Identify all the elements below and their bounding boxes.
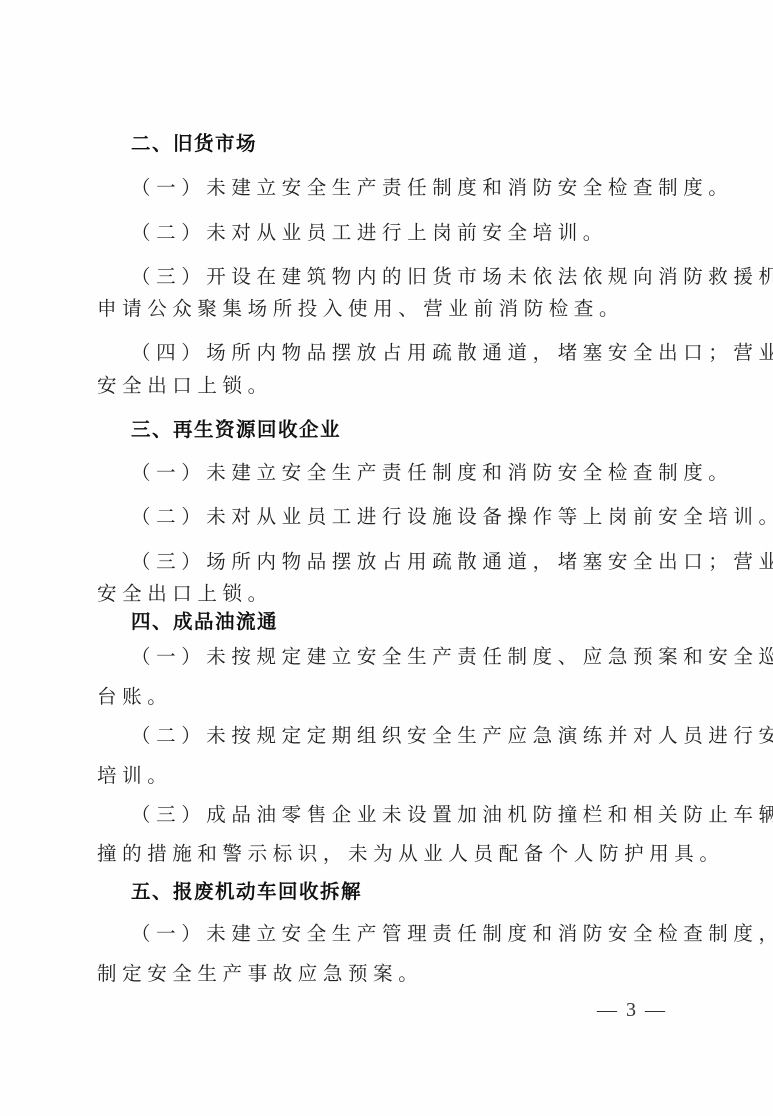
page-number: — 3 — — [597, 999, 667, 1022]
section-heading: 二、旧货市场 — [131, 132, 257, 156]
section-item-continuation: 制定安全生产事故应急预案。 — [97, 962, 423, 986]
section-item: （四）场所内物品摆放占用疏散通道，堵塞安全出口；营业期间 — [131, 341, 773, 365]
section-item: （二）未按规定定期组织安全生产应急演练并对人员进行安全 — [131, 724, 773, 748]
section-heading: 三、再生资源回收企业 — [131, 418, 341, 442]
section-item-continuation: 台账。 — [97, 685, 172, 709]
section-item: （一）未建立安全生产责任制度和消防安全检查制度。 — [131, 176, 733, 200]
section-item: （三）场所内物品摆放占用疏散通道，堵塞安全出口；营业期间 — [131, 550, 773, 574]
section-item-continuation: 申请公众聚集场所投入使用、营业前消防检查。 — [97, 297, 624, 321]
section-item: （二）未对从业员工进行上岗前安全培训。 — [131, 221, 608, 245]
section-item: （二）未对从业员工进行设施设备操作等上岗前安全培训。 — [131, 505, 773, 529]
section-heading: 五、报废机动车回收拆解 — [131, 880, 362, 904]
section-item: （一）未建立安全生产责任制度和消防安全检查制度。 — [131, 461, 733, 485]
section-item: （三）开设在建筑物内的旧货市场未依法依规向消防救援机构 — [131, 265, 773, 289]
section-item-continuation: 安全出口上锁。 — [97, 374, 273, 398]
section-item: （三）成品油零售企业未设置加油机防撞栏和相关防止车辆碰 — [131, 803, 773, 827]
section-item-continuation: 安全出口上锁。 — [97, 582, 273, 606]
document-page: 二、旧货市场 （一）未建立安全生产责任制度和消防安全检查制度。 （二）未对从业员… — [0, 0, 773, 1116]
section-item-continuation: 撞的措施和警示标识，未为从业人员配备个人防护用具。 — [97, 842, 725, 866]
section-item: （一）未建立安全生产管理责任制度和消防安全检查制度，未 — [131, 922, 773, 946]
section-item-continuation: 培训。 — [97, 764, 172, 788]
section-item: （一）未按规定建立安全生产责任制度、应急预案和安全巡查 — [131, 645, 773, 669]
section-heading: 四、成品油流通 — [131, 610, 278, 634]
